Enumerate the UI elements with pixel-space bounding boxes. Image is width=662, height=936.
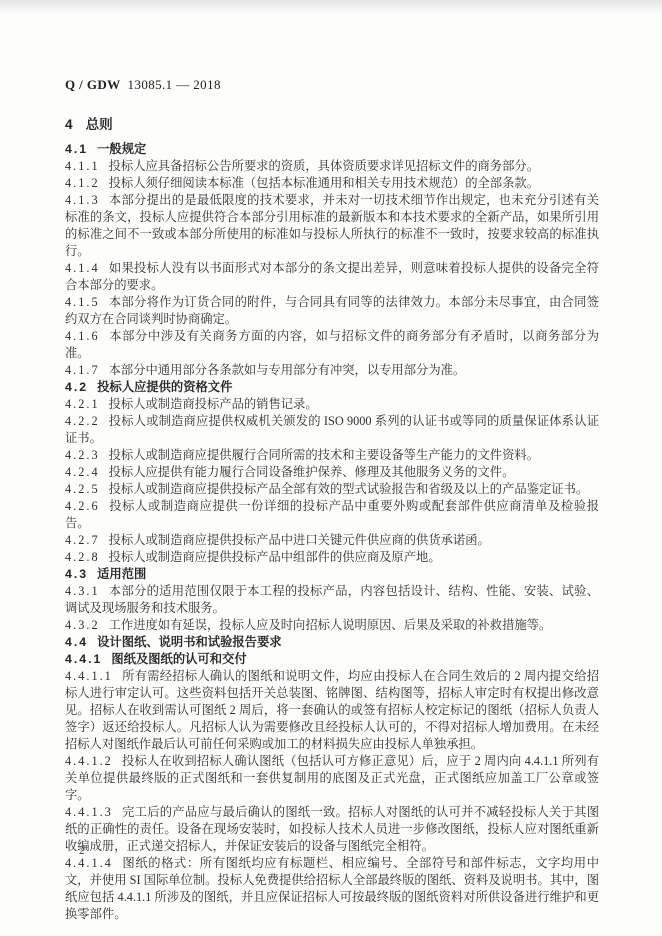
clause-paragraph: 4.4.1.4图纸的格式：所有图纸均应有标题栏、相应编号、全部符号和部件标志，文… — [65, 855, 599, 923]
clause-number: 4.4.1 — [65, 652, 102, 666]
clause-number: 4 — [65, 117, 73, 132]
clause-text: 投标人或制造商应提供投标产品中组部件的供应商及原产地。 — [109, 550, 441, 564]
clause-paragraph: 4.4.1.1所有需经招标人确认的图纸和说明文件，均应由投标人在合同生效后的 2… — [65, 668, 599, 753]
standard-number: 13085.1 — 2018 — [128, 77, 221, 92]
clause-text: 完工后的产品应与最后确认的图纸一致。招标人对图纸的认可并不减轻投标人关于其图纸的… — [65, 805, 599, 853]
clause-text: 投标人或制造商应提供投标产品中进口关键元件供应商的供货承诺函。 — [109, 533, 490, 547]
clause-paragraph: 4.2.4投标人应提供有能力履行合同设备维护保养、修理及其他服务义务的文件。 — [65, 464, 599, 481]
page-number: 2 — [79, 845, 85, 857]
clause-text: 本部分提出的是最低限度的技术要求，并未对一切技术细节作出规定，也未充分引述有关标… — [65, 193, 599, 258]
clause-text: 本部分的适用范围仅限于本工程的投标产品，内容包括设计、结构、性能、安装、试验、调… — [65, 584, 599, 615]
clause-paragraph: 4.1.5本部分将作为订货合同的附件，与合同具有同等的法律效力。本部分未尽事宜，… — [65, 294, 599, 328]
page-footer: 2 — [79, 845, 85, 857]
clause-number: 4.4.1.4 — [65, 856, 113, 870]
standard-code: Q / GDW — [65, 77, 121, 92]
clause-paragraph: 4.4.1.3完工后的产品应与最后确认的图纸一致。招标人对图纸的认可并不减轻投标… — [65, 804, 599, 855]
clause-number: 4.2.6 — [65, 499, 100, 513]
clause-number: 4.3 — [65, 567, 88, 581]
clause-paragraph: 4.1.6本部分中涉及有关商务方面的内容，如与招标文件的商务部分有矛盾时，以商务… — [65, 328, 599, 362]
clause-text: 适用范围 — [97, 567, 146, 581]
section-heading: 4.3适用范围 — [65, 566, 599, 583]
clause-text: 如果投标人没有以书面形式对本部分的条文提出差异，则意味着投标人提供的设备完全符合… — [65, 261, 599, 292]
clause-paragraph: 4.2.3投标人或制造商应提供履行合同所需的技术和主要设备等生产能力的文件资料。 — [65, 447, 599, 464]
clause-paragraph: 4.1.2投标人须仔细阅读本标准（包括本标准通用和相关专用技术规范）的全部条款。 — [65, 175, 599, 192]
clause-number: 4.2.7 — [65, 533, 100, 547]
clause-number: 4.4 — [65, 635, 88, 649]
clause-paragraph: 4.2.7投标人或制造商应提供投标产品中进口关键元件供应商的供货承诺函。 — [65, 532, 599, 549]
clause-number: 4.2.3 — [65, 448, 100, 462]
clause-paragraph: 4.2.8投标人或制造商应提供投标产品中组部件的供应商及原产地。 — [65, 549, 599, 566]
clause-number: 4.2 — [65, 380, 88, 394]
clause-paragraph: 4.1.4如果投标人没有以书面形式对本部分的条文提出差异，则意味着投标人提供的设… — [65, 260, 599, 294]
clause-paragraph: 4.1.7本部分中通用部分各条款如与专用部分有冲突，以专用部分为准。 — [65, 362, 599, 379]
clause-text: 图纸的格式：所有图纸均应有标题栏、相应编号、全部符号和部件标志，文字均用中文，并… — [65, 856, 599, 921]
clause-text: 投标人或制造商应提供履行合同所需的技术和主要设备等生产能力的文件资料。 — [109, 448, 539, 462]
clause-number: 4.2.1 — [65, 397, 100, 411]
clause-paragraph: 4.3.1本部分的适用范围仅限于本工程的投标产品，内容包括设计、结构、性能、安装… — [65, 583, 599, 617]
clause-number: 4.4.1.1 — [65, 669, 113, 683]
clause-number: 4.4.1.3 — [65, 805, 113, 819]
clause-number: 4.1.1 — [65, 159, 100, 173]
clause-text: 本部分中涉及有关商务方面的内容，如与招标文件的商务部分有矛盾时，以商务部分为准。 — [65, 329, 599, 360]
clause-paragraph: 4.2.2投标人或制造商应提供权威机关颁发的 ISO 9000 系列的认证书或等… — [65, 413, 599, 447]
document-header: Q / GDW13085.1 — 2018 — [65, 77, 221, 93]
section-heading: 4.1一般规定 — [65, 141, 599, 158]
clause-number: 4.3.1 — [65, 584, 100, 598]
clause-text: 投标人应具备招标公告所要求的资质，具体资质要求详见招标文件的商务部分。 — [109, 159, 539, 173]
clause-number: 4.4.1.2 — [65, 754, 113, 768]
section-heading: 4总则 — [65, 116, 599, 133]
clause-paragraph: 4.1.3本部分提出的是最低限度的技术要求，并未对一切技术细节作出规定，也未充分… — [65, 192, 599, 260]
clause-paragraph: 4.2.5投标人或制造商应提供投标产品全部有效的型式试验报告和省级及以上的产品鉴… — [65, 481, 599, 498]
clause-paragraph: 4.1.1投标人应具备招标公告所要求的资质，具体资质要求详见招标文件的商务部分。 — [65, 158, 599, 175]
clause-number: 4.2.4 — [65, 465, 100, 479]
clause-paragraph: 4.2.1投标人或制造商投标产品的销售记录。 — [65, 396, 599, 413]
clause-number: 4.1.2 — [65, 176, 100, 190]
clause-paragraph: 4.2.6投标人或制造商应提供一份详细的投标产品中重要外购或配套部件供应商清单及… — [65, 498, 599, 532]
document-body: 4总则4.1一般规定4.1.1投标人应具备招标公告所要求的资质，具体资质要求详见… — [65, 114, 599, 923]
clause-text: 投标人或制造商应提供投标产品全部有效的型式试验报告和省级及以上的产品鉴定证书。 — [109, 482, 589, 496]
clause-number: 4.1.6 — [65, 329, 100, 343]
clause-text: 所有需经招标人确认的图纸和说明文件，均应由投标人在合同生效后的 2 周内提交给招… — [65, 669, 599, 751]
clause-paragraph: 4.4.1.2投标人在收到招标人确认图纸（包括认可方修正意见）后，应于 2 周内… — [65, 753, 599, 804]
clause-text: 本部分将作为订货合同的附件，与合同具有同等的法律效力。本部分未尽事宜，由合同签约… — [65, 295, 599, 326]
section-heading: 4.4设计图纸、说明书和试验报告要求 — [65, 634, 599, 651]
clause-number: 4.2.5 — [65, 482, 100, 496]
clause-text: 投标人应提供的资格文件 — [97, 380, 232, 394]
clause-text: 总则 — [86, 117, 113, 132]
clause-number: 4.2.2 — [65, 414, 100, 428]
clause-text: 投标人在收到招标人确认图纸（包括认可方修正意见）后，应于 2 周内向 4.4.1… — [65, 754, 599, 802]
clause-paragraph: 4.3.2工作进度如有延误，投标人应及时向招标人说明原因、后果及采取的补救措施等… — [65, 617, 599, 634]
clause-text: 投标人或制造商应提供一份详细的投标产品中重要外购或配套部件供应商清单及检验报告。 — [65, 499, 599, 530]
clause-number: 4.1 — [65, 142, 88, 156]
clause-number: 4.1.5 — [65, 295, 100, 309]
clause-number: 4.2.8 — [65, 550, 100, 564]
clause-number: 4.1.3 — [65, 193, 100, 207]
clause-text: 投标人或制造商应提供权威机关颁发的 ISO 9000 系列的认证书或等同的质量保… — [65, 414, 599, 445]
clause-number: 4.1.7 — [65, 363, 100, 377]
clause-text: 投标人应提供有能力履行合同设备维护保养、修理及其他服务义务的文件。 — [109, 465, 515, 479]
document-page: Q / GDW13085.1 — 2018 4总则4.1一般规定4.1.1投标人… — [0, 0, 662, 936]
clause-text: 设计图纸、说明书和试验报告要求 — [97, 635, 281, 649]
clause-text: 本部分中通用部分各条款如与专用部分有冲突，以专用部分为准。 — [109, 363, 466, 377]
section-heading: 4.4.1图纸及图纸的认可和交付 — [65, 651, 599, 668]
section-heading: 4.2投标人应提供的资格文件 — [65, 379, 599, 396]
clause-text: 投标人须仔细阅读本标准（包括本标准通用和相关专用技术规范）的全部条款。 — [109, 176, 539, 190]
clause-text: 工作进度如有延误，投标人应及时向招标人说明原因、后果及采取的补救措施等。 — [109, 618, 552, 632]
clause-text: 图纸及图纸的认可和交付 — [111, 652, 246, 666]
clause-number: 4.3.2 — [65, 618, 100, 632]
clause-text: 一般规定 — [97, 142, 146, 156]
clause-text: 投标人或制造商投标产品的销售记录。 — [109, 397, 318, 411]
clause-number: 4.1.4 — [65, 261, 100, 275]
